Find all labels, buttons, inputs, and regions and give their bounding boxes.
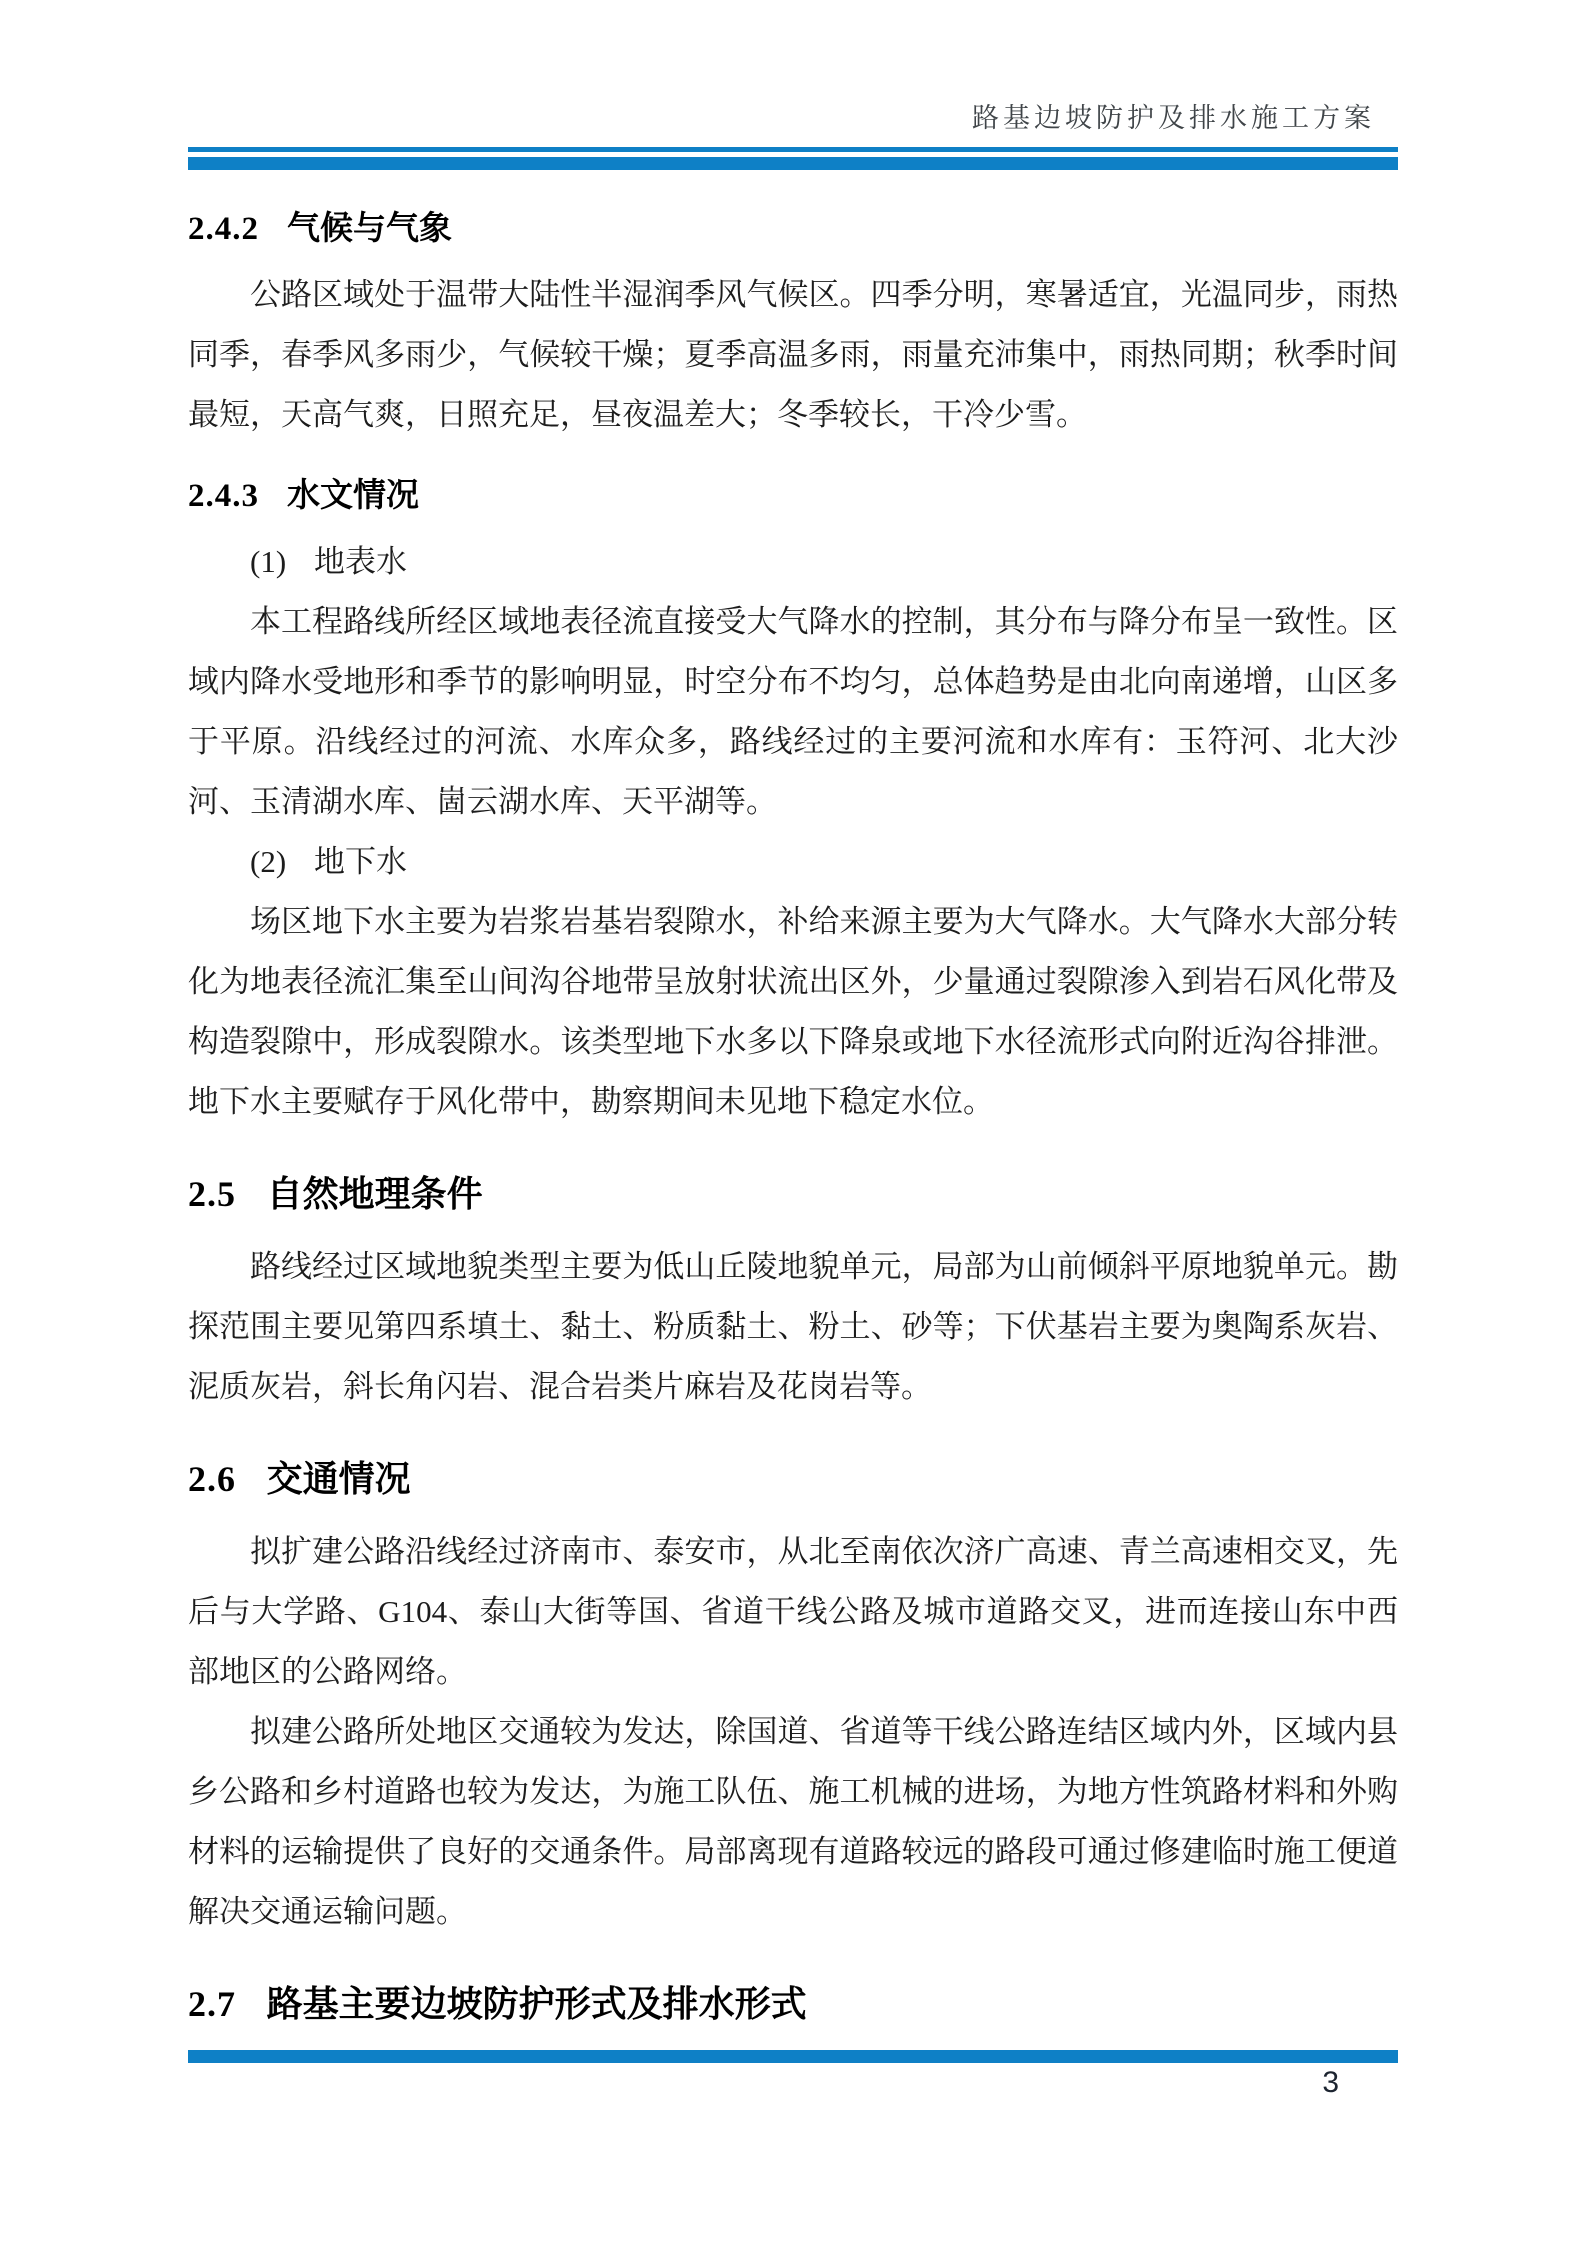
list-item-marker: (1) — [250, 544, 286, 579]
heading-text: 水文情况 — [287, 478, 419, 514]
heading-number: 2.4.3 — [188, 478, 259, 514]
list-item-marker: (2) — [250, 844, 286, 879]
heading-number: 2.5 — [188, 1174, 236, 1214]
page-number: 3 — [1322, 2066, 1339, 2100]
heading-number: 2.4.2 — [188, 211, 259, 247]
header-rule-thick — [188, 157, 1398, 170]
paragraph-traffic-1: 拟扩建公路沿线经过济南市、泰安市，从北至南依次济广高速、青兰高速相交叉，先后与大… — [188, 1522, 1398, 1702]
paragraph-surface-water: 本工程路线所经区域地表径流直接受大气降水的控制，其分布与降分布呈一致性。区域内降… — [188, 592, 1398, 832]
paragraph-climate: 公路区域处于温带大陆性半湿润季风气候区。四季分明，寒暑适宜，光温同步，雨热同季，… — [188, 265, 1398, 445]
heading-text: 自然地理条件 — [267, 1174, 483, 1214]
list-item-label: 地表水 — [314, 544, 407, 579]
heading-number: 2.6 — [188, 1459, 236, 1499]
heading-2-6: 2.6交通情况 — [188, 1451, 1398, 1502]
list-item-label: 地下水 — [314, 844, 407, 879]
paragraph-traffic-2: 拟建公路所处地区交通较为发达，除国道、省道等干线公路连结区域内外，区域内县乡公路… — [188, 1702, 1398, 1942]
heading-text: 气候与气象 — [287, 211, 452, 247]
page-header-title: 路基边坡防护及排水施工方案 — [972, 96, 1375, 135]
heading-number: 2.7 — [188, 1984, 236, 2024]
heading-text: 路基主要边坡防护形式及排水形式 — [267, 1984, 807, 2024]
heading-2-5: 2.5自然地理条件 — [188, 1166, 1398, 1217]
list-item-surface-water: (1)地表水 — [188, 532, 1398, 592]
list-item-ground-water: (2)地下水 — [188, 832, 1398, 892]
header-rule-thin — [188, 147, 1398, 152]
heading-2-7: 2.7路基主要边坡防护形式及排水形式 — [188, 1976, 1398, 2027]
heading-text: 交通情况 — [267, 1459, 411, 1499]
footer-rule — [188, 2050, 1398, 2063]
heading-2-4-3: 2.4.3水文情况 — [188, 469, 1398, 516]
heading-2-4-2: 2.4.2气候与气象 — [188, 202, 1398, 249]
paragraph-geography: 路线经过区域地貌类型主要为低山丘陵地貌单元，局部为山前倾斜平原地貌单元。勘探范围… — [188, 1237, 1398, 1417]
document-page: 路基边坡防护及排水施工方案 2.4.2气候与气象 公路区域处于温带大陆性半湿润季… — [0, 0, 1587, 2245]
paragraph-ground-water: 场区地下水主要为岩浆岩基岩裂隙水，补给来源主要为大气降水。大气降水大部分转化为地… — [188, 892, 1398, 1132]
document-body: 2.4.2气候与气象 公路区域处于温带大陆性半湿润季风气候区。四季分明，寒暑适宜… — [188, 178, 1398, 2047]
